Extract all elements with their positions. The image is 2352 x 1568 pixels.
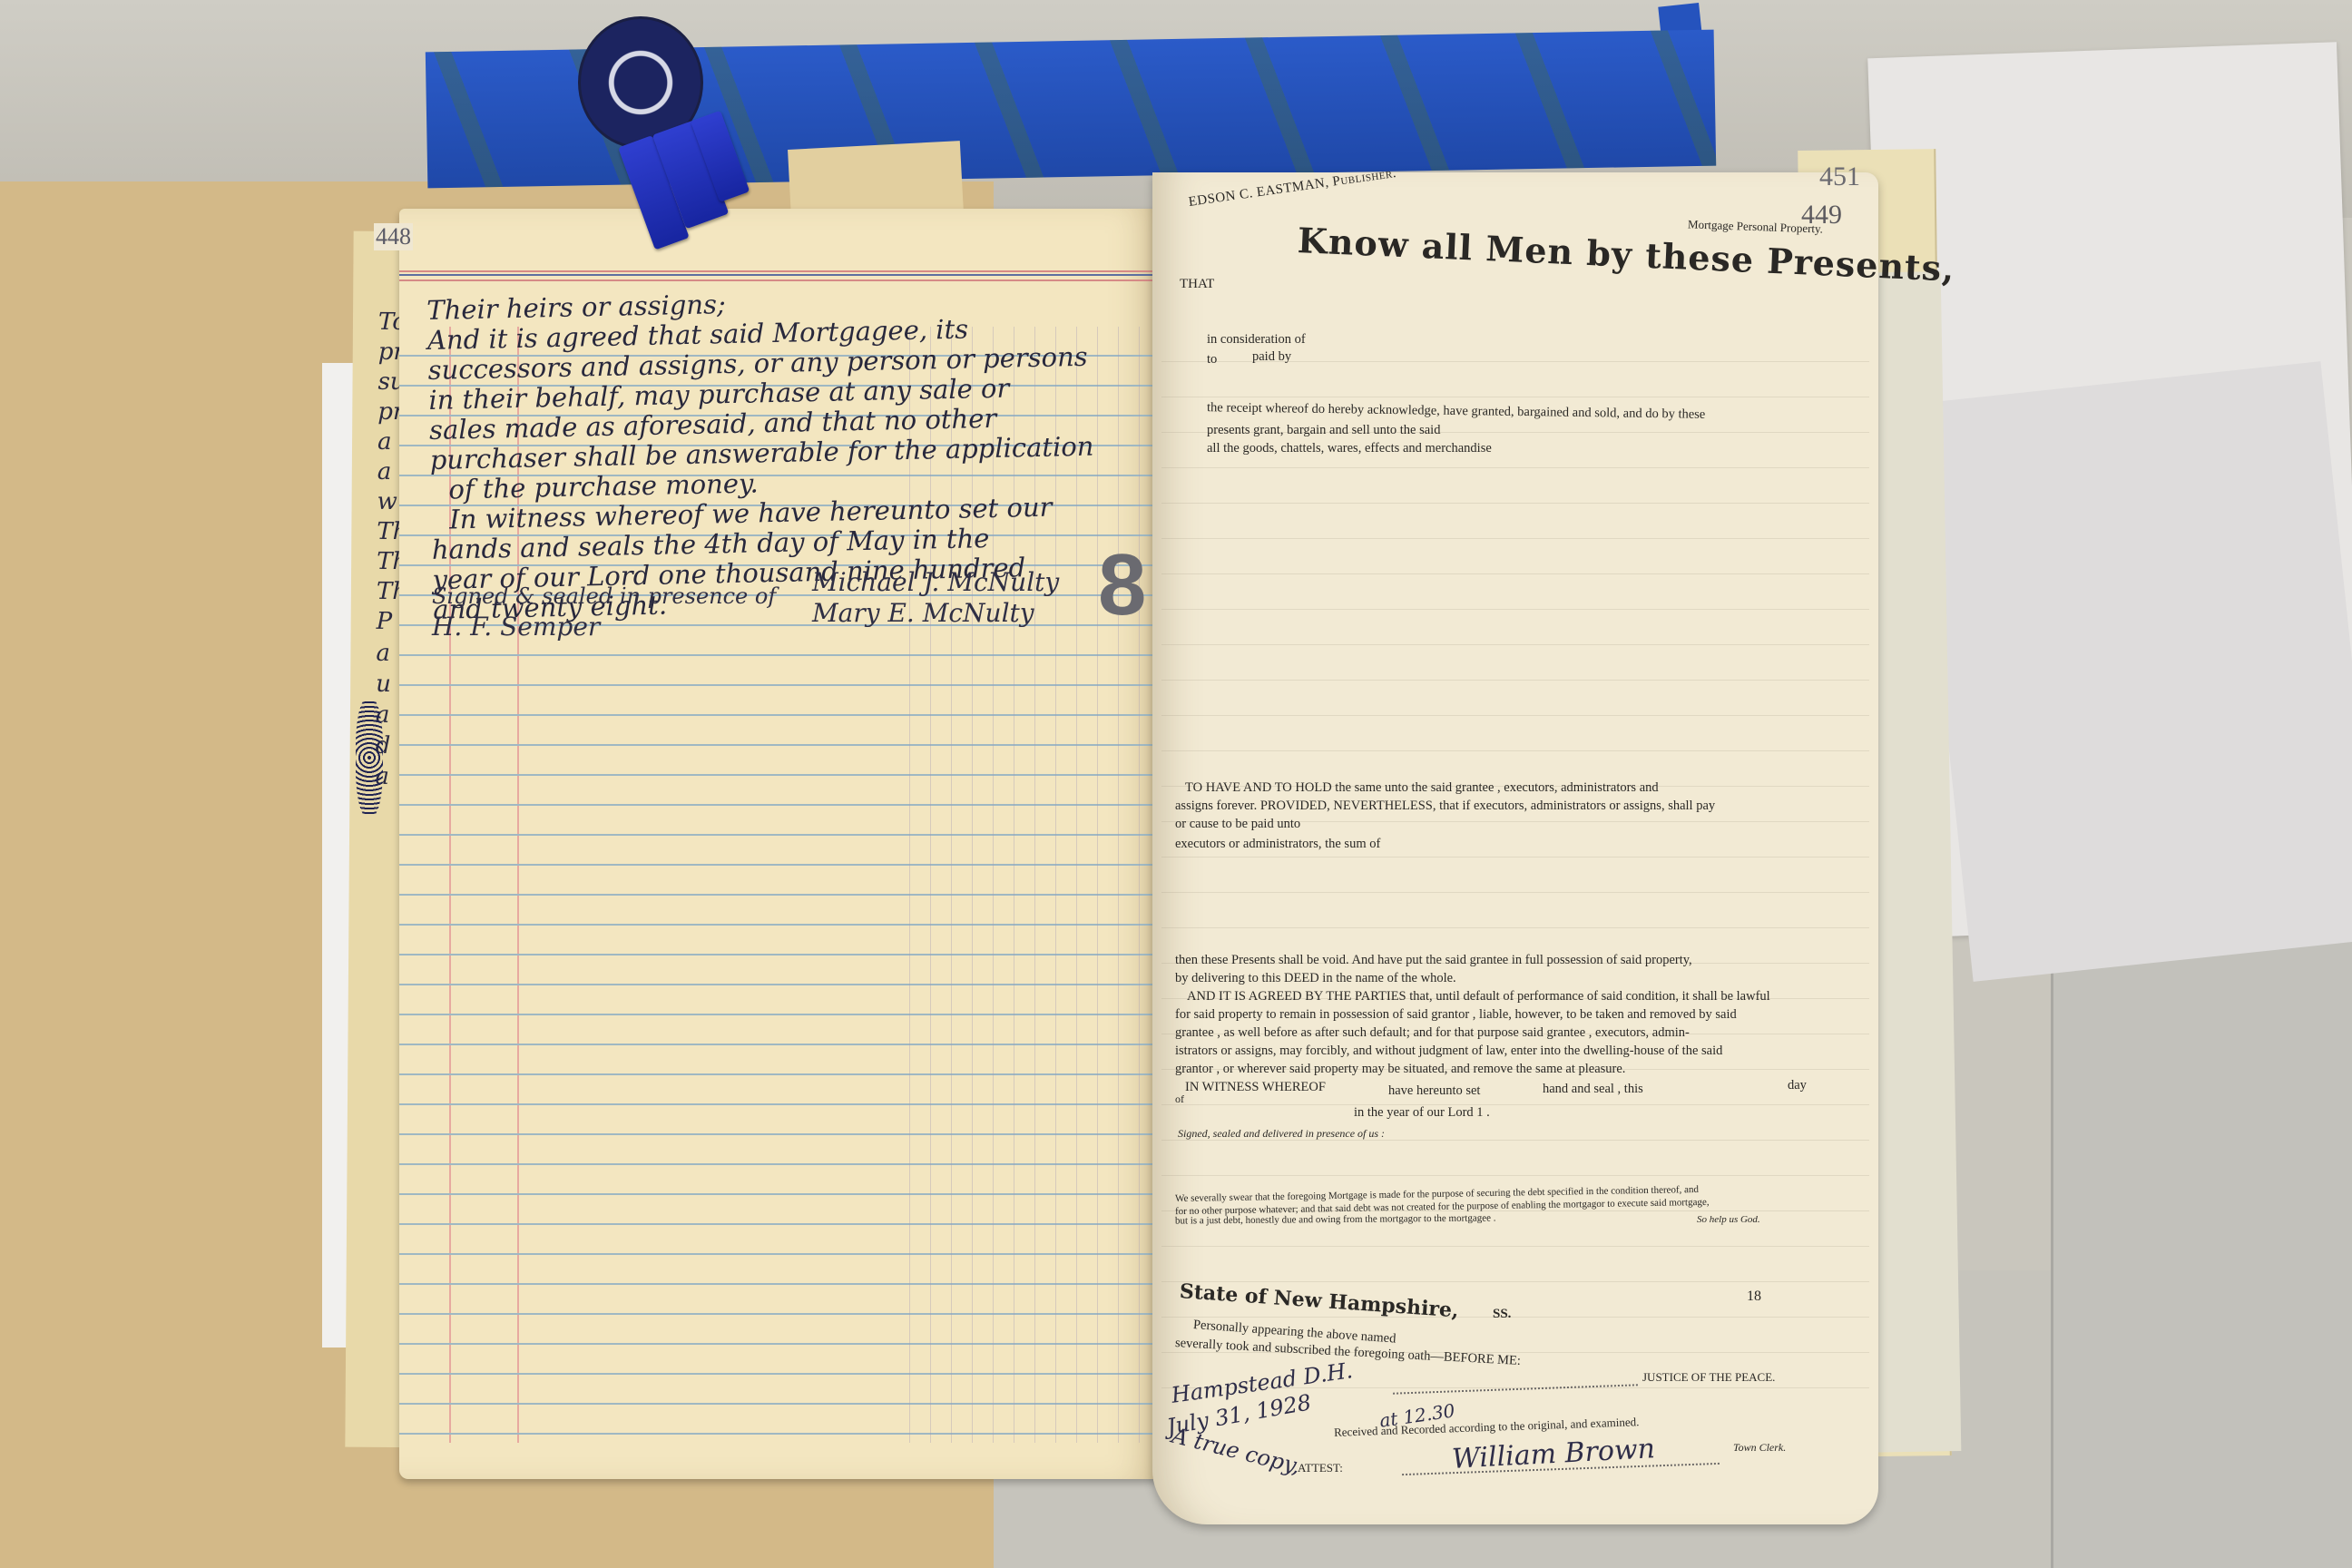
habendum-line: executors or administrators, the sum of	[1175, 837, 1380, 852]
fragment: a	[376, 640, 390, 667]
fragment: a	[377, 458, 392, 485]
ss-label: SS.	[1493, 1307, 1511, 1322]
grant-line: presents grant, bargain and sell unto th…	[1207, 423, 1440, 438]
to-label: to	[1207, 352, 1217, 367]
witness-day: day	[1788, 1078, 1807, 1093]
stamp-number: 8	[1098, 535, 1144, 635]
signatures: Michael J. McNulty Mary E. McNulty	[812, 567, 1059, 629]
town-clerk-label: Town Clerk.	[1733, 1441, 1786, 1455]
ink-scribble	[356, 699, 383, 817]
fragment: u	[376, 671, 391, 698]
condition-line: by delivering to this DEED in the name o…	[1175, 971, 1456, 986]
faint-rules	[1161, 327, 1869, 1416]
consideration-label: in consideration of	[1207, 332, 1306, 348]
condition-line: istrators or assigns, may forcibly, and …	[1175, 1044, 1722, 1059]
year-prefix: 18	[1747, 1289, 1761, 1305]
header-rule	[399, 270, 1161, 281]
page-number-left: 448	[374, 223, 413, 250]
witness-of: of	[1175, 1093, 1184, 1106]
right-form-page: EDSON C. EASTMAN, Publisher. 451 449 Mor…	[1152, 172, 1878, 1524]
left-ledger-page: 448 Their heirs or assigns; And it is ag…	[399, 209, 1161, 1479]
condition-line: AND IT IS AGREED BY THE PARTIES that, un…	[1187, 989, 1770, 1004]
page-number-next: 451	[1819, 162, 1860, 192]
fragment: w	[377, 488, 397, 515]
witness-block: Signed & sealed in presence of H. F. Sem…	[432, 581, 776, 642]
fragment: a	[377, 428, 392, 456]
witness-year: in the year of our Lord 1 .	[1354, 1105, 1490, 1121]
signature: Michael J. McNulty	[812, 567, 1059, 598]
so-help-us-god: So help us God.	[1697, 1214, 1760, 1225]
signature: Mary E. McNulty	[812, 598, 1059, 629]
habendum-line: or cause to be paid unto	[1175, 817, 1300, 832]
that-label: THAT	[1180, 277, 1214, 292]
paid-by-label: paid by	[1252, 349, 1291, 365]
true-copy: A true copy,	[1170, 1423, 1303, 1479]
witness-name: H. F. Semper	[432, 612, 776, 642]
justice-label: JUSTICE OF THE PEACE.	[1642, 1370, 1775, 1385]
condition-line: grantee , as well before as after such d…	[1175, 1025, 1690, 1041]
witness-whereof: IN WITNESS WHEREOF	[1185, 1080, 1326, 1095]
condition-line: grantor , or wherever said property may …	[1175, 1062, 1625, 1077]
witness-text: hand and seal , this	[1543, 1082, 1643, 1097]
condition-line: for said property to remain in possessio…	[1175, 1007, 1737, 1023]
publisher: EDSON C. EASTMAN, Publisher.	[1188, 166, 1397, 211]
signed-sealed: Signed, sealed and delivered in presence…	[1178, 1127, 1385, 1141]
condition-line: then these Presents shall be void. And h…	[1175, 953, 1692, 968]
desk-surface-right	[2051, 889, 2352, 1568]
white-paper-sheet-2	[1913, 361, 2352, 982]
grant-line: all the goods, chattels, wares, effects …	[1207, 441, 1492, 456]
habendum-line: TO HAVE AND TO HOLD the same unto the sa…	[1185, 780, 1659, 796]
attest-label: ATTEST:	[1298, 1461, 1343, 1475]
clerk-signature: William Brown	[1451, 1433, 1656, 1475]
habendum-line: assigns forever. PROVIDED, NEVERTHELESS,…	[1175, 799, 1715, 814]
form-title: Know all Men by these Presents,	[1297, 220, 1955, 289]
witness-text: have hereunto set	[1388, 1083, 1480, 1099]
fragment: P	[377, 608, 393, 635]
witness-label: Signed & sealed in presence of	[432, 581, 776, 612]
